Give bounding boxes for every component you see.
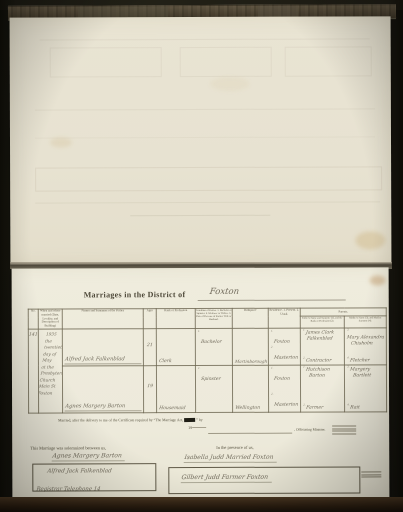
bleed-through-cell — [180, 47, 272, 77]
bride-condition: Spinster — [201, 377, 221, 382]
groom-rank: Clerk — [159, 359, 195, 364]
bride-father-name: Hutchison — [306, 367, 331, 372]
groom-father-rank: Contractor — [306, 358, 332, 363]
bride-father-surname: Barton — [309, 373, 326, 378]
groom-signature: Alfred Jack Falkenblad — [47, 468, 112, 474]
groom-mother-surname: Chisholm — [351, 341, 374, 346]
groom-father-surname: Falkenblad — [307, 336, 333, 341]
col-header-ages: Ages — [143, 309, 156, 329]
bride-mother-surname: Bartlett — [353, 373, 372, 378]
groom-row: 141 1935 the twentieth day of May at the… — [28, 328, 386, 366]
col-header-mother: Mother's Name (3), and Maiden Surname (4… — [344, 316, 386, 328]
district-underline — [198, 299, 346, 301]
marriage-register-page: Marriages in the District of Foxton No. … — [12, 267, 390, 498]
groom-age: 21 — [147, 343, 154, 348]
micro-print-witness-note — [361, 471, 381, 479]
page-heading: Marriages in the District of Foxton — [12, 289, 389, 304]
bleed-through-cell — [285, 46, 372, 76]
upper-blank-page — [10, 16, 392, 264]
groom-mother-maiden: Fletcher — [350, 358, 370, 363]
marriage-register-table: No. When and where married (Date, Locali… — [28, 307, 387, 413]
register-book-photo: Marriages in the District of Foxton No. … — [0, 0, 403, 512]
page-stain — [355, 231, 385, 249]
groom-father-name: James Clark — [305, 330, 334, 335]
bleed-through-rule — [40, 38, 370, 40]
col-header-father: Father's Name and Surname (1), and the R… — [300, 316, 344, 328]
page-stain — [370, 275, 386, 285]
bride-age: 19 — [147, 384, 154, 389]
bleed-through-cell — [50, 47, 162, 77]
groom-residence-usual: Masterton — [274, 355, 299, 360]
bleed-through-rule — [35, 136, 375, 138]
groom-mother-name: Mary Alexandra — [346, 335, 384, 340]
book-cover-bottom-edge — [0, 497, 403, 512]
col-header-rank: Rank or Profession — [156, 309, 195, 329]
bride-signature: Agnes Margery Barton — [52, 452, 127, 461]
col-header-no: No. — [28, 309, 38, 329]
bleed-through-heading — [130, 215, 270, 216]
redacted-act-year — [184, 418, 195, 422]
presence-label: In the presence of us, — [216, 445, 253, 450]
col-header-names: Names and Surnames of the Parties — [62, 309, 143, 329]
bride-residence-usual: Masterton — [274, 402, 299, 407]
witness-2-signature: Gilbert Judd Farmer Foxton — [181, 474, 273, 483]
entry-number: 141 — [29, 332, 38, 337]
witness-signature-box: Gilbert Judd Farmer Foxton — [168, 466, 360, 494]
page-title: Marriages in the District of — [84, 290, 186, 299]
bride-residence-present: Foxton — [274, 376, 291, 381]
bride-rank: Housemaid — [159, 406, 195, 411]
bride-birthplace: Wellington — [235, 406, 268, 411]
year-blank: 19 — [188, 425, 206, 430]
bleed-through-rule — [35, 201, 380, 203]
bleed-through-rule — [35, 108, 375, 110]
bride-name: Agnes Margery Barton — [65, 403, 143, 411]
officiating-minister-label: , Officiating Minister. — [294, 428, 325, 432]
col-header-residence: Residence. 1. Present. 2. Usual. — [268, 308, 300, 328]
bride-mother-name: Margery — [350, 367, 371, 372]
solemnized-label: This Marriage was solemnized between us, — [30, 445, 106, 450]
page-stain — [50, 137, 72, 147]
col-header-condition: Condition of Parties. 1. Bachelor or Spi… — [195, 308, 232, 328]
minister-signature-line — [208, 433, 292, 434]
groom-birthplace: Martinborough — [235, 359, 268, 364]
col-header-birthplace: Birthplace — [232, 308, 268, 328]
bride-row: Agnes Margery Barton 19 Housemaid 1.Spin… — [28, 365, 386, 413]
bleed-through-header-band — [35, 166, 382, 191]
col-header-when-where: When and where married (Date, Locality, … — [38, 309, 62, 329]
witness-1-signature: Isabella Judd Married Foxton — [184, 454, 278, 463]
groom-residence-present: Foxton — [273, 339, 290, 344]
certification-statement: Married, after the delivery to me of the… — [58, 418, 202, 423]
when-where-married: 1935 the twentieth day of May at the Pre… — [38, 329, 62, 412]
registrar-note: Registrar Telephone 14 — [36, 486, 101, 492]
page-stain — [210, 77, 250, 91]
micro-print-note — [332, 425, 356, 435]
district-name-handwritten: Foxton — [209, 287, 240, 297]
groom-name: Alfred Jack Falkenblad — [64, 356, 142, 364]
bride-mother-maiden: Rait — [350, 405, 360, 410]
groom-condition: Bachelor — [200, 340, 221, 345]
bride-father-rank: Farmer — [306, 405, 324, 410]
